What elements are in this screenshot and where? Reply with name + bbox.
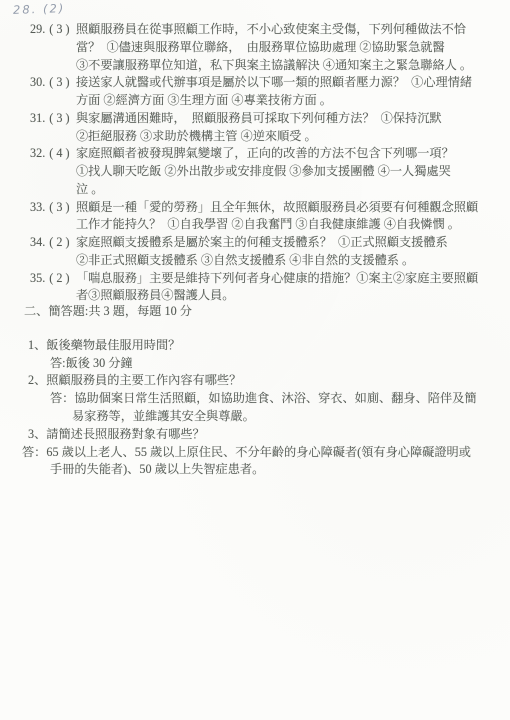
question-number: 30.: [30, 75, 45, 89]
question-head: 30.( 3 ): [30, 74, 70, 92]
question-text-line: 家庭照顧支援體系是屬於案主的何種支援體系？ ①正式照顧支援體系: [76, 234, 502, 252]
question-text-line: ②拒絕服務 ③求助於機構主管 ④逆來順受 。: [76, 128, 502, 146]
sa-question-text: 請簡述長照服務對象有哪些？: [46, 427, 204, 441]
question-answer: ( 3 ): [49, 75, 69, 89]
mc-question-34: 34.( 2 ) 家庭照顧支援體系是屬於案主的何種支援體系？ ①正式照顧支援體系…: [30, 234, 502, 270]
question-text-line: 接送家人就醫或代辦事項是屬於以下哪一類的照顧者壓力源？ ①心理情緒: [76, 74, 502, 92]
question-head: 33.( 3 ): [30, 199, 70, 217]
question-text-line: 照顧服務員在從事照顧工作時，不小心致使案主受傷，下列何種做法不恰: [76, 21, 502, 39]
mc-question-32: 32.( 4 ) 家庭照顧者被發現脾氣變壞了，正向的改善的方法不包含下列哪一項？…: [30, 145, 502, 198]
question-answer: ( 4 ): [49, 146, 69, 160]
question-text-line: 工作才能持久？ ①自我學習 ②自我奮鬥 ③自我健康維護 ④自我憐憫 。: [76, 216, 502, 234]
question-text-line: 家庭照顧者被發現脾氣變壞了，正向的改善的方法不包含下列哪一項？: [76, 145, 502, 163]
mc-question-30: 30.( 3 ) 接送家人就醫或代辦事項是屬於以下哪一類的照顧者壓力源？ ①心理…: [30, 74, 502, 110]
sa-question-number: 2、: [28, 373, 46, 387]
multiple-choice-section: 29.( 3 ) 照顧服務員在從事照顧工作時，不小心致使案主受傷，下列何種做法不…: [30, 21, 502, 305]
question-text-line: ①找人聊天吃飯 ②外出散步或安排度假 ③參加支援團體 ④一人獨處哭: [76, 163, 502, 181]
short-answer-section: 二、簡答題:共 3 題，每題 10 分 1、飯後藥物最佳服用時間？ 答:飯後 3…: [0, 303, 510, 479]
mc-question-33: 33.( 3 ) 照顧是一種「愛的勞務」且全年無休，故照顧服務員必須要有何種觀念…: [30, 199, 502, 235]
question-text-line: ②非正式照顧支援體系 ③自然支援體系 ④非自然的支援體系 。: [76, 252, 502, 270]
sa-question-number: 1、: [28, 338, 46, 352]
mc-question-29: 29.( 3 ) 照顧服務員在從事照顧工作時，不小心致使案主受傷，下列何種做法不…: [30, 21, 502, 74]
mc-question-31: 31.( 3 ) 與家屬溝通困難時， 照顧服務員可採取下列何種方法？ ①保持沉默…: [30, 110, 502, 146]
sa-question-number: 3、: [28, 427, 46, 441]
question-text-line: 泣 。: [76, 181, 502, 199]
question-answer: ( 3 ): [49, 200, 69, 214]
question-number: 35.: [30, 271, 45, 285]
sa-question-text: 照顧服務員的主要工作內容有哪些？: [46, 373, 241, 387]
question-text-line: 當？ ①儘速與服務單位聯絡， 由服務單位協助處理 ②協助緊急就醫: [76, 39, 502, 57]
question-text-line: 與家屬溝通困難時， 照顧服務員可採取下列何種方法？ ①保持沉默: [76, 110, 502, 128]
sa-answer-2-line: 答：協助個案日常生活照顧，如協助進食、沐浴、穿衣、如廁、翻身、陪伴及簡: [50, 390, 510, 408]
question-head: 31.( 3 ): [30, 110, 70, 128]
question-number: 32.: [30, 146, 45, 160]
sa-question-3: 3、請簡述長照服務對象有哪些？: [28, 426, 510, 444]
question-answer: ( 2 ): [49, 235, 69, 249]
question-answer: ( 3 ): [49, 111, 69, 125]
question-head: 32.( 4 ): [30, 145, 70, 163]
question-number: 33.: [30, 200, 45, 214]
handwritten-score-note: 28. (2): [13, 1, 66, 17]
sa-question-1: 1、飯後藥物最佳服用時間？: [28, 337, 510, 355]
question-text-line: ③不要讓服務單位知道，私下與案主協議解決 ④通知案主之緊急聯絡人 。: [76, 57, 502, 75]
scanned-exam-page: 28. (2) 29.( 3 ) 照顧服務員在從事照顧工作時，不小心致使案主受傷…: [0, 0, 510, 720]
sa-question-2: 2、照顧服務員的主要工作內容有哪些？: [28, 372, 510, 390]
question-head: 34.( 2 ): [30, 234, 70, 252]
sa-answer-3-line: 手冊的失能者)、50 歲以上失智症患者。: [50, 461, 510, 479]
question-number: 34.: [30, 235, 45, 249]
mc-question-35: 35.( 2 ) 「喘息服務」主要是維持下列何者身心健康的措施？①案主②家庭主要…: [30, 270, 502, 306]
question-head: 35.( 2 ): [30, 270, 70, 288]
sa-answer-3-line: 答：65 歲以上老人、55 歲以上原住民、不分年齡的身心障礙者(領有身心障礙證明…: [22, 444, 510, 462]
question-text-line: 方面 ②經濟方面 ③生理方面 ④專業技術方面 。: [76, 92, 502, 110]
sa-question-text: 飯後藥物最佳服用時間？: [46, 338, 180, 352]
question-number: 31.: [30, 111, 45, 125]
sa-answer-1-line: 答:飯後 30 分鐘: [50, 355, 510, 373]
section-heading: 二、簡答題:共 3 題，每題 10 分: [24, 303, 510, 321]
question-head: 29.( 3 ): [30, 21, 70, 39]
question-number: 29.: [30, 22, 45, 36]
question-text-line: 照顧是一種「愛的勞務」且全年無休，故照顧服務員必須要有何種觀念照顧: [76, 199, 502, 217]
sa-answer-2-line: 易家務等，並維護其安全與尊嚴。: [72, 408, 510, 426]
question-answer: ( 2 ): [49, 271, 69, 285]
question-answer: ( 3 ): [49, 22, 69, 36]
question-text-line: 「喘息服務」主要是維持下列何者身心健康的措施？①案主②家庭主要照顧: [76, 270, 502, 288]
